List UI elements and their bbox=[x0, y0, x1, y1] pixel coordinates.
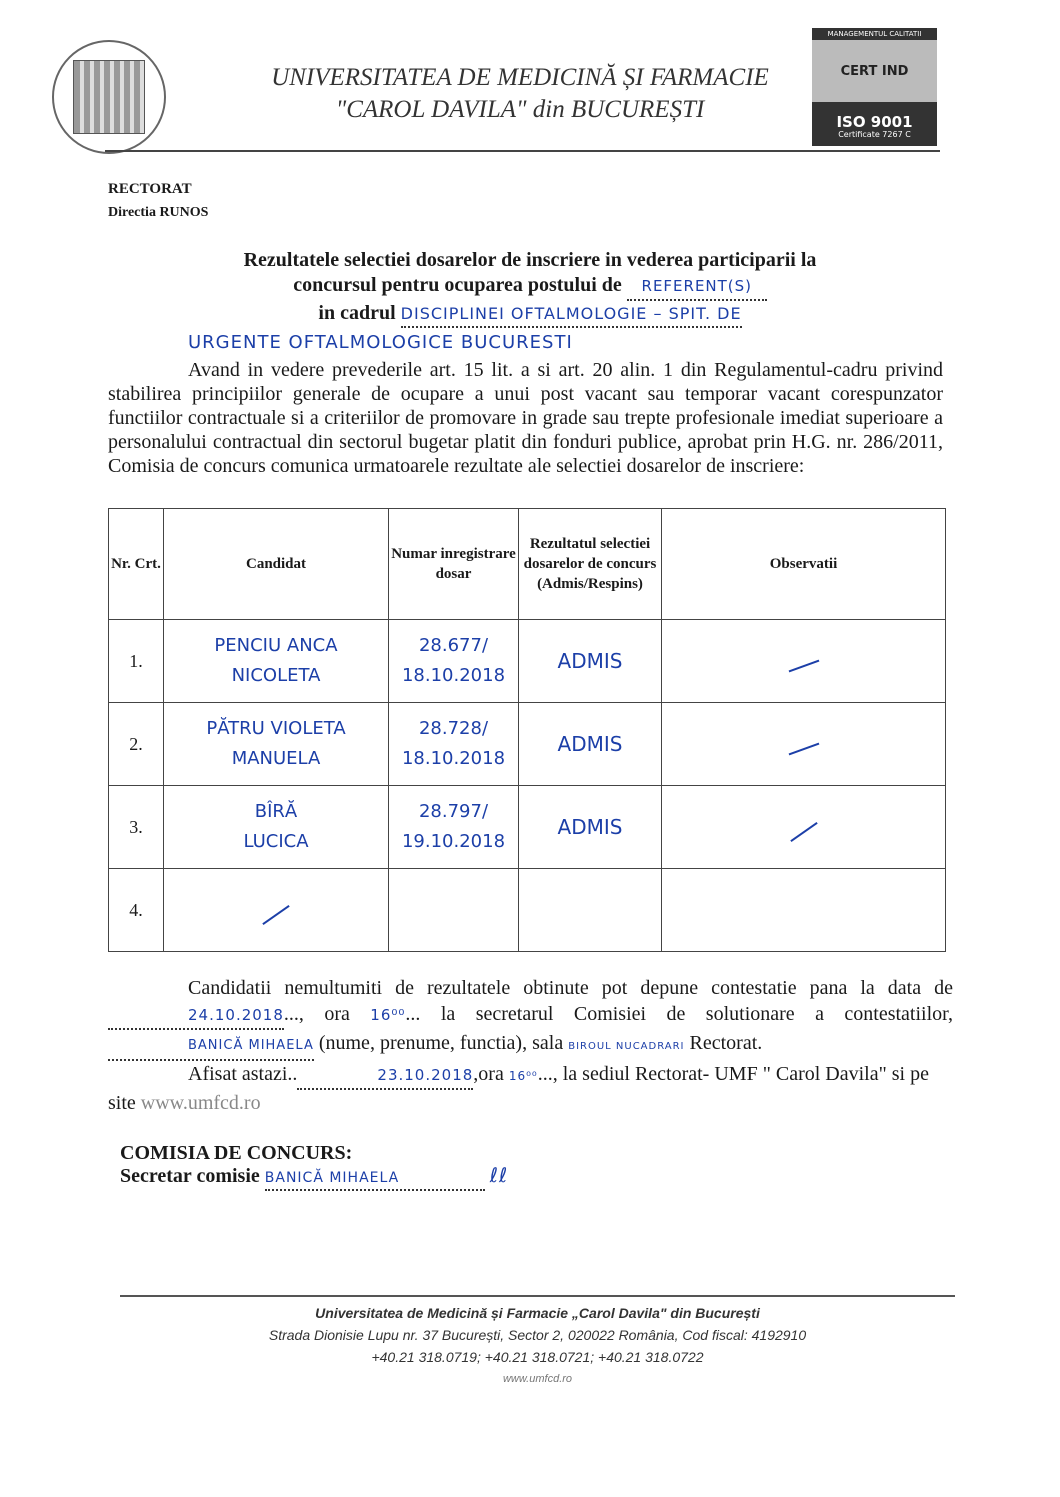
footer-divider bbox=[120, 1295, 955, 1297]
result: ADMIS bbox=[519, 703, 662, 786]
posted-date: 23.10.2018 bbox=[297, 1062, 473, 1090]
committee-title: COMISIA DE CONCURS: bbox=[120, 1142, 508, 1164]
iso-certification-logo: MANAGEMENTUL CALITATII CERT IND ISO 9001… bbox=[812, 28, 937, 146]
document-title: Rezultatele selectiei dosarelor de inscr… bbox=[170, 248, 890, 328]
result: ADMIS bbox=[519, 786, 662, 869]
table-row: 4. bbox=[109, 869, 946, 952]
appeal-secretary: BANICĂ MIHAELA bbox=[108, 1033, 314, 1061]
unit-name-handwritten-cont: URGENTE OFTALMOLOGICE BUCURESTI bbox=[188, 332, 573, 353]
iso-standard: ISO 9001 bbox=[812, 102, 937, 130]
iso-certificate: Certificate 7267 C bbox=[812, 130, 937, 140]
result: ADMIS bbox=[519, 620, 662, 703]
posted-hour: 16⁰⁰ bbox=[509, 1069, 538, 1083]
observations bbox=[662, 786, 946, 869]
observations bbox=[662, 703, 946, 786]
secretary-label: Secretar comisie bbox=[120, 1165, 260, 1187]
posted-text: ,ora bbox=[473, 1063, 504, 1085]
footer-university: Universitatea de Medicină și Farmacie „C… bbox=[120, 1302, 955, 1324]
appeal-paragraph: Candidatii nemultumiti de rezultatele ob… bbox=[108, 975, 953, 1116]
university-title: UNIVERSITATEA DE MEDICINĂ ȘI FARMACIE "C… bbox=[230, 62, 810, 126]
row-nr: 2. bbox=[109, 703, 164, 786]
post-name-handwritten: REFERENT(S) bbox=[627, 274, 767, 301]
appeal-text: (nume, prenume, functia), sala bbox=[319, 1032, 563, 1054]
footer-phones: +40.21 318.0719; +40.21 318.0721; +40.21… bbox=[120, 1346, 955, 1368]
observations-empty bbox=[662, 869, 946, 952]
footer: Universitatea de Medicină și Farmacie „C… bbox=[120, 1302, 955, 1390]
dossier-number: 28.797/ bbox=[390, 797, 517, 827]
university-seal-logo bbox=[52, 40, 166, 154]
candidate-name-cont: NICOLETA bbox=[165, 661, 387, 691]
department-label: RECTORAT bbox=[108, 177, 208, 201]
row-nr: 3. bbox=[109, 786, 164, 869]
appeal-text: ..., ora bbox=[284, 1003, 350, 1025]
footer-address: Strada Dionisie Lupu nr. 37 București, S… bbox=[120, 1324, 955, 1346]
site-link[interactable]: www.umfcd.ro bbox=[141, 1092, 261, 1114]
row-nr: 4. bbox=[109, 869, 164, 952]
dash-mark bbox=[788, 742, 819, 755]
university-title-line1: UNIVERSITATEA DE MEDICINĂ ȘI FARMACIE bbox=[230, 62, 810, 94]
dossier-date: 18.10.2018 bbox=[390, 661, 517, 691]
posted-text: Afisat astazi.. bbox=[188, 1063, 297, 1085]
dossier-empty bbox=[389, 869, 519, 952]
results-table: Nr. Crt. Candidat Numar inregistrare dos… bbox=[108, 508, 946, 952]
directorate-label: Directia RUNOS bbox=[108, 201, 208, 225]
dossier-date: 19.10.2018 bbox=[390, 827, 517, 857]
slash-mark bbox=[790, 822, 817, 842]
appeal-deadline-date: 24.10.2018 bbox=[108, 1002, 284, 1030]
dash-mark bbox=[788, 659, 819, 672]
title-line1: Rezultatele selectiei dosarelor de inscr… bbox=[170, 248, 890, 273]
header-observatii: Observatii bbox=[662, 509, 946, 620]
row-nr: 1. bbox=[109, 620, 164, 703]
candidate-name: PENCIU ANCA bbox=[165, 631, 387, 661]
title-line3: in cadrul bbox=[318, 302, 395, 324]
title-line2: concursul pentru ocuparea postului de bbox=[293, 274, 622, 296]
appeal-text: ... la secretarul Comisiei de solutionar… bbox=[405, 1003, 953, 1025]
certind-logo: CERT IND bbox=[812, 40, 937, 102]
table-row: 2. PĂTRU VIOLETAMANUELA 28.728/18.10.201… bbox=[109, 703, 946, 786]
site-label: site bbox=[108, 1092, 136, 1114]
university-title-line2: "CAROL DAVILA" din BUCUREȘTI bbox=[230, 94, 810, 126]
header-rezultat: Rezultatul selectiei dosarelor de concur… bbox=[519, 509, 662, 620]
candidate-name-cont: LUCICA bbox=[165, 827, 387, 857]
candidate-name: BÎRĂ bbox=[165, 797, 387, 827]
table-header-row: Nr. Crt. Candidat Numar inregistrare dos… bbox=[109, 509, 946, 620]
header-nr: Nr. Crt. bbox=[109, 509, 164, 620]
iso-top-label: MANAGEMENTUL CALITATII bbox=[812, 28, 937, 40]
committee-block: COMISIA DE CONCURS: Secretar comisie BAN… bbox=[120, 1142, 508, 1191]
candidate-name: PĂTRU VIOLETA bbox=[165, 714, 387, 744]
appeal-text: Candidatii nemultumiti de rezultatele ob… bbox=[188, 977, 953, 999]
candidate-empty bbox=[164, 869, 389, 952]
posted-text: ..., la sediul Rectorat- UMF " Carol Dav… bbox=[538, 1063, 929, 1085]
candidate-name-cont: MANUELA bbox=[165, 744, 387, 774]
department-block: RECTORAT Directia RUNOS bbox=[108, 177, 208, 225]
appeal-text: Rectorat. bbox=[690, 1032, 763, 1054]
slash-mark bbox=[262, 905, 289, 925]
appeal-deadline-hour: 16⁰⁰ bbox=[370, 1006, 405, 1024]
result-empty bbox=[519, 869, 662, 952]
table-row: 1. PENCIU ANCANICOLETA 28.677/18.10.2018… bbox=[109, 620, 946, 703]
body-paragraph: Avand in vedere prevederile art. 15 lit.… bbox=[108, 358, 943, 478]
dossier-date: 18.10.2018 bbox=[390, 744, 517, 774]
header-candidat: Candidat bbox=[164, 509, 389, 620]
appeal-room: BIROUL NUCADRARI bbox=[568, 1041, 684, 1052]
secretary-name: BANICĂ MIHAELA bbox=[265, 1167, 485, 1191]
unit-name-handwritten: DISCIPLINEI OFTALMOLOGIE – SPIT. DE bbox=[401, 301, 742, 328]
signature-icon: ℓℓ bbox=[490, 1163, 509, 1187]
dossier-number: 28.728/ bbox=[390, 714, 517, 744]
header-divider bbox=[105, 150, 940, 152]
observations bbox=[662, 620, 946, 703]
header-dosar: Numar inregistrare dosar bbox=[389, 509, 519, 620]
dossier-number: 28.677/ bbox=[390, 631, 517, 661]
table-row: 3. BÎRĂLUCICA 28.797/19.10.2018 ADMIS bbox=[109, 786, 946, 869]
footer-url[interactable]: www.umfcd.ro bbox=[120, 1368, 955, 1390]
